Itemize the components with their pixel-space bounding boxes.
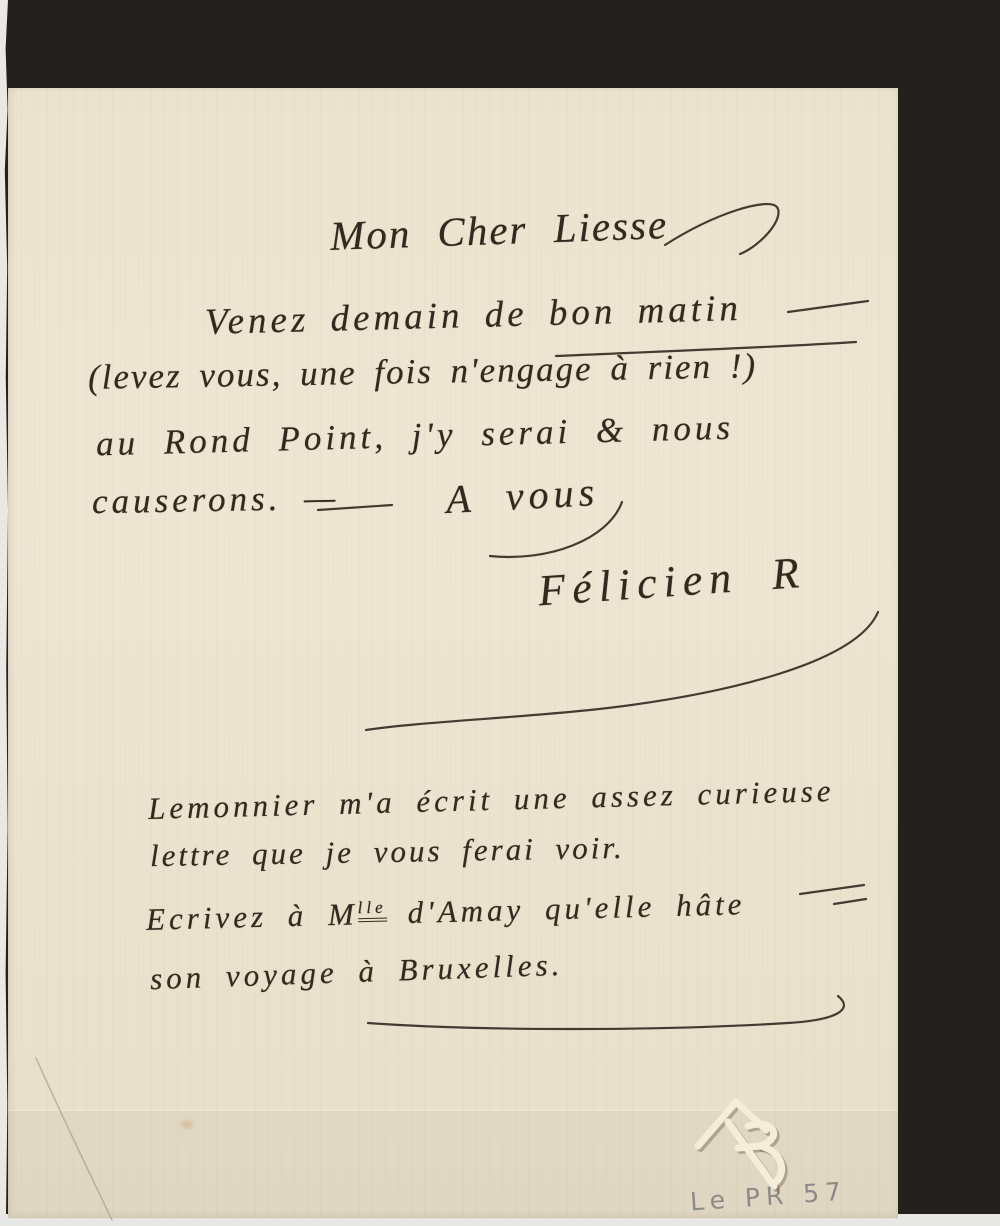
signature: Félicien R xyxy=(537,547,808,617)
body-line-1-underlined: bon matin xyxy=(548,288,742,336)
scanned-letter: Mon Cher Liesse Venez demain de bon mati… xyxy=(0,0,1000,1226)
body-line-1: Venez demain de bon matin xyxy=(205,287,743,344)
paper-stain xyxy=(178,1118,196,1131)
body-line-4: causerons. — xyxy=(92,478,340,522)
body-line-1-prefix: Venez demain de xyxy=(205,293,550,343)
postscript2-line2: son voyage à Bruxelles. xyxy=(149,947,563,997)
body-line-2: (levez vous, une fois n'engage à rien !) xyxy=(88,346,758,398)
postscript1-line1: Lemonnier m'a écrit une assez curieuse xyxy=(148,773,835,827)
postscript2-line1: Ecrivez à Mlle d'Amay qu'elle hâte xyxy=(146,886,746,938)
closing-valediction: A vous xyxy=(445,468,600,523)
postscript2-line1-rest: d'Amay qu'elle hâte xyxy=(386,886,746,930)
mademoiselle-superscript: lle xyxy=(357,897,387,922)
postscript1-line2: lettre que je vous ferai voir. xyxy=(150,830,625,874)
letter-paper: Mon Cher Liesse Venez demain de bon mati… xyxy=(8,88,898,1218)
salutation: Mon Cher Liesse xyxy=(329,200,669,260)
body-line-3: au Rond Point, j'y serai & nous xyxy=(96,408,735,465)
scan-edge-left xyxy=(0,0,8,1216)
postscript2-line1-prefix: Ecrivez à M xyxy=(146,896,359,937)
